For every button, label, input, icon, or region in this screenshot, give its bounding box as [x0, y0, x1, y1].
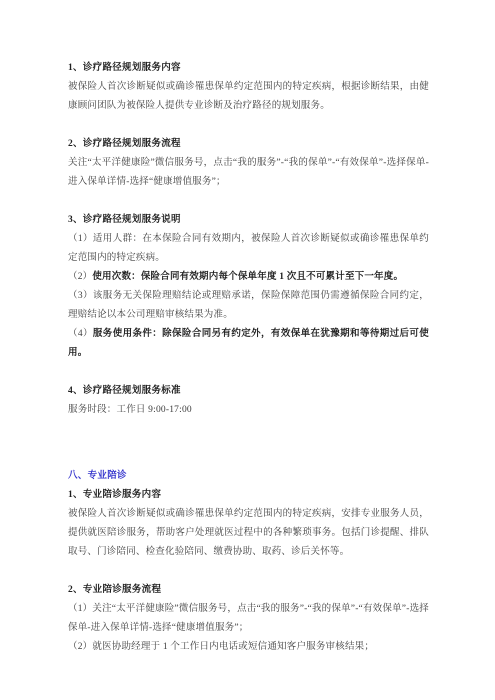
list-item-bold-text: 服务使用条件：除保险合同另有约定外，有效保单在犹豫期和等待期过后可使用。: [68, 329, 429, 358]
list-item-number: （2）: [68, 272, 92, 282]
section-3-item-3: （3）该服务无关保险理赔结论或理赔承诺，保险保障范围仍需遵循保险合同约定，理赔结…: [68, 287, 429, 325]
document-page: 1、诊疗路径规划服务内容 被保险人首次诊断疑似或确诊罹患保单约定范围内的特定疾病…: [0, 0, 495, 700]
section-3-heading: 3、诊疗路径规划服务说明: [68, 211, 429, 230]
chapter-8-section-2-item-1: （1）关注“太平洋健康险”微信服务号，点击“我的服务”-“我的保单”-“有效保单…: [68, 600, 429, 638]
section-1-paragraph: 被保险人首次诊断疑似或确诊罹患保单约定范围内的特定疾病，根据诊断结果，由健康顾问…: [68, 78, 429, 116]
chapter-8-section-2-heading: 2、专业陪诊服务流程: [68, 581, 429, 600]
section-2-heading: 2、诊疗路径规划服务流程: [68, 135, 429, 154]
section-2-paragraph: 关注“太平洋健康险”微信服务号，点击“我的服务”-“我的保单”-“有效保单”-选…: [68, 154, 429, 192]
chapter-8-section-2-item-2: （2）就医协助经理于 1 个工作日内电话或短信通知客户服务审核结果；: [68, 638, 429, 657]
chapter-8-section-1-heading: 1、专业陪诊服务内容: [68, 486, 429, 505]
section-3-item-2: （2）使用次数：保险合同有效期内每个保单年度 1 次且不可累计至下一年度。: [68, 268, 429, 287]
section-3-item-1: （1）适用人群：在本保险合同有效期内，被保险人首次诊断疑似或确诊罹患保单约定范围…: [68, 230, 429, 268]
chapter-8-section-1-paragraph: 被保险人首次诊断疑似或确诊罹患保单约定范围内的特定疾病，安排专业服务人员，提供就…: [68, 505, 429, 562]
chapter-8-heading: 八、专业陪诊: [68, 467, 429, 486]
section-4-heading: 4、诊疗路径规划服务标准: [68, 382, 429, 401]
list-item-bold-text: 使用次数：保险合同有效期内每个保单年度 1 次且不可累计至下一年度。: [92, 272, 403, 282]
section-4-paragraph: 服务时段：工作日 9:00-17:00: [68, 401, 429, 420]
section-1-heading: 1、诊疗路径规划服务内容: [68, 59, 429, 78]
section-3-item-4: （4）服务使用条件：除保险合同另有约定外，有效保单在犹豫期和等待期过后可使用。: [68, 325, 429, 363]
list-item-number: （4）: [68, 329, 93, 339]
